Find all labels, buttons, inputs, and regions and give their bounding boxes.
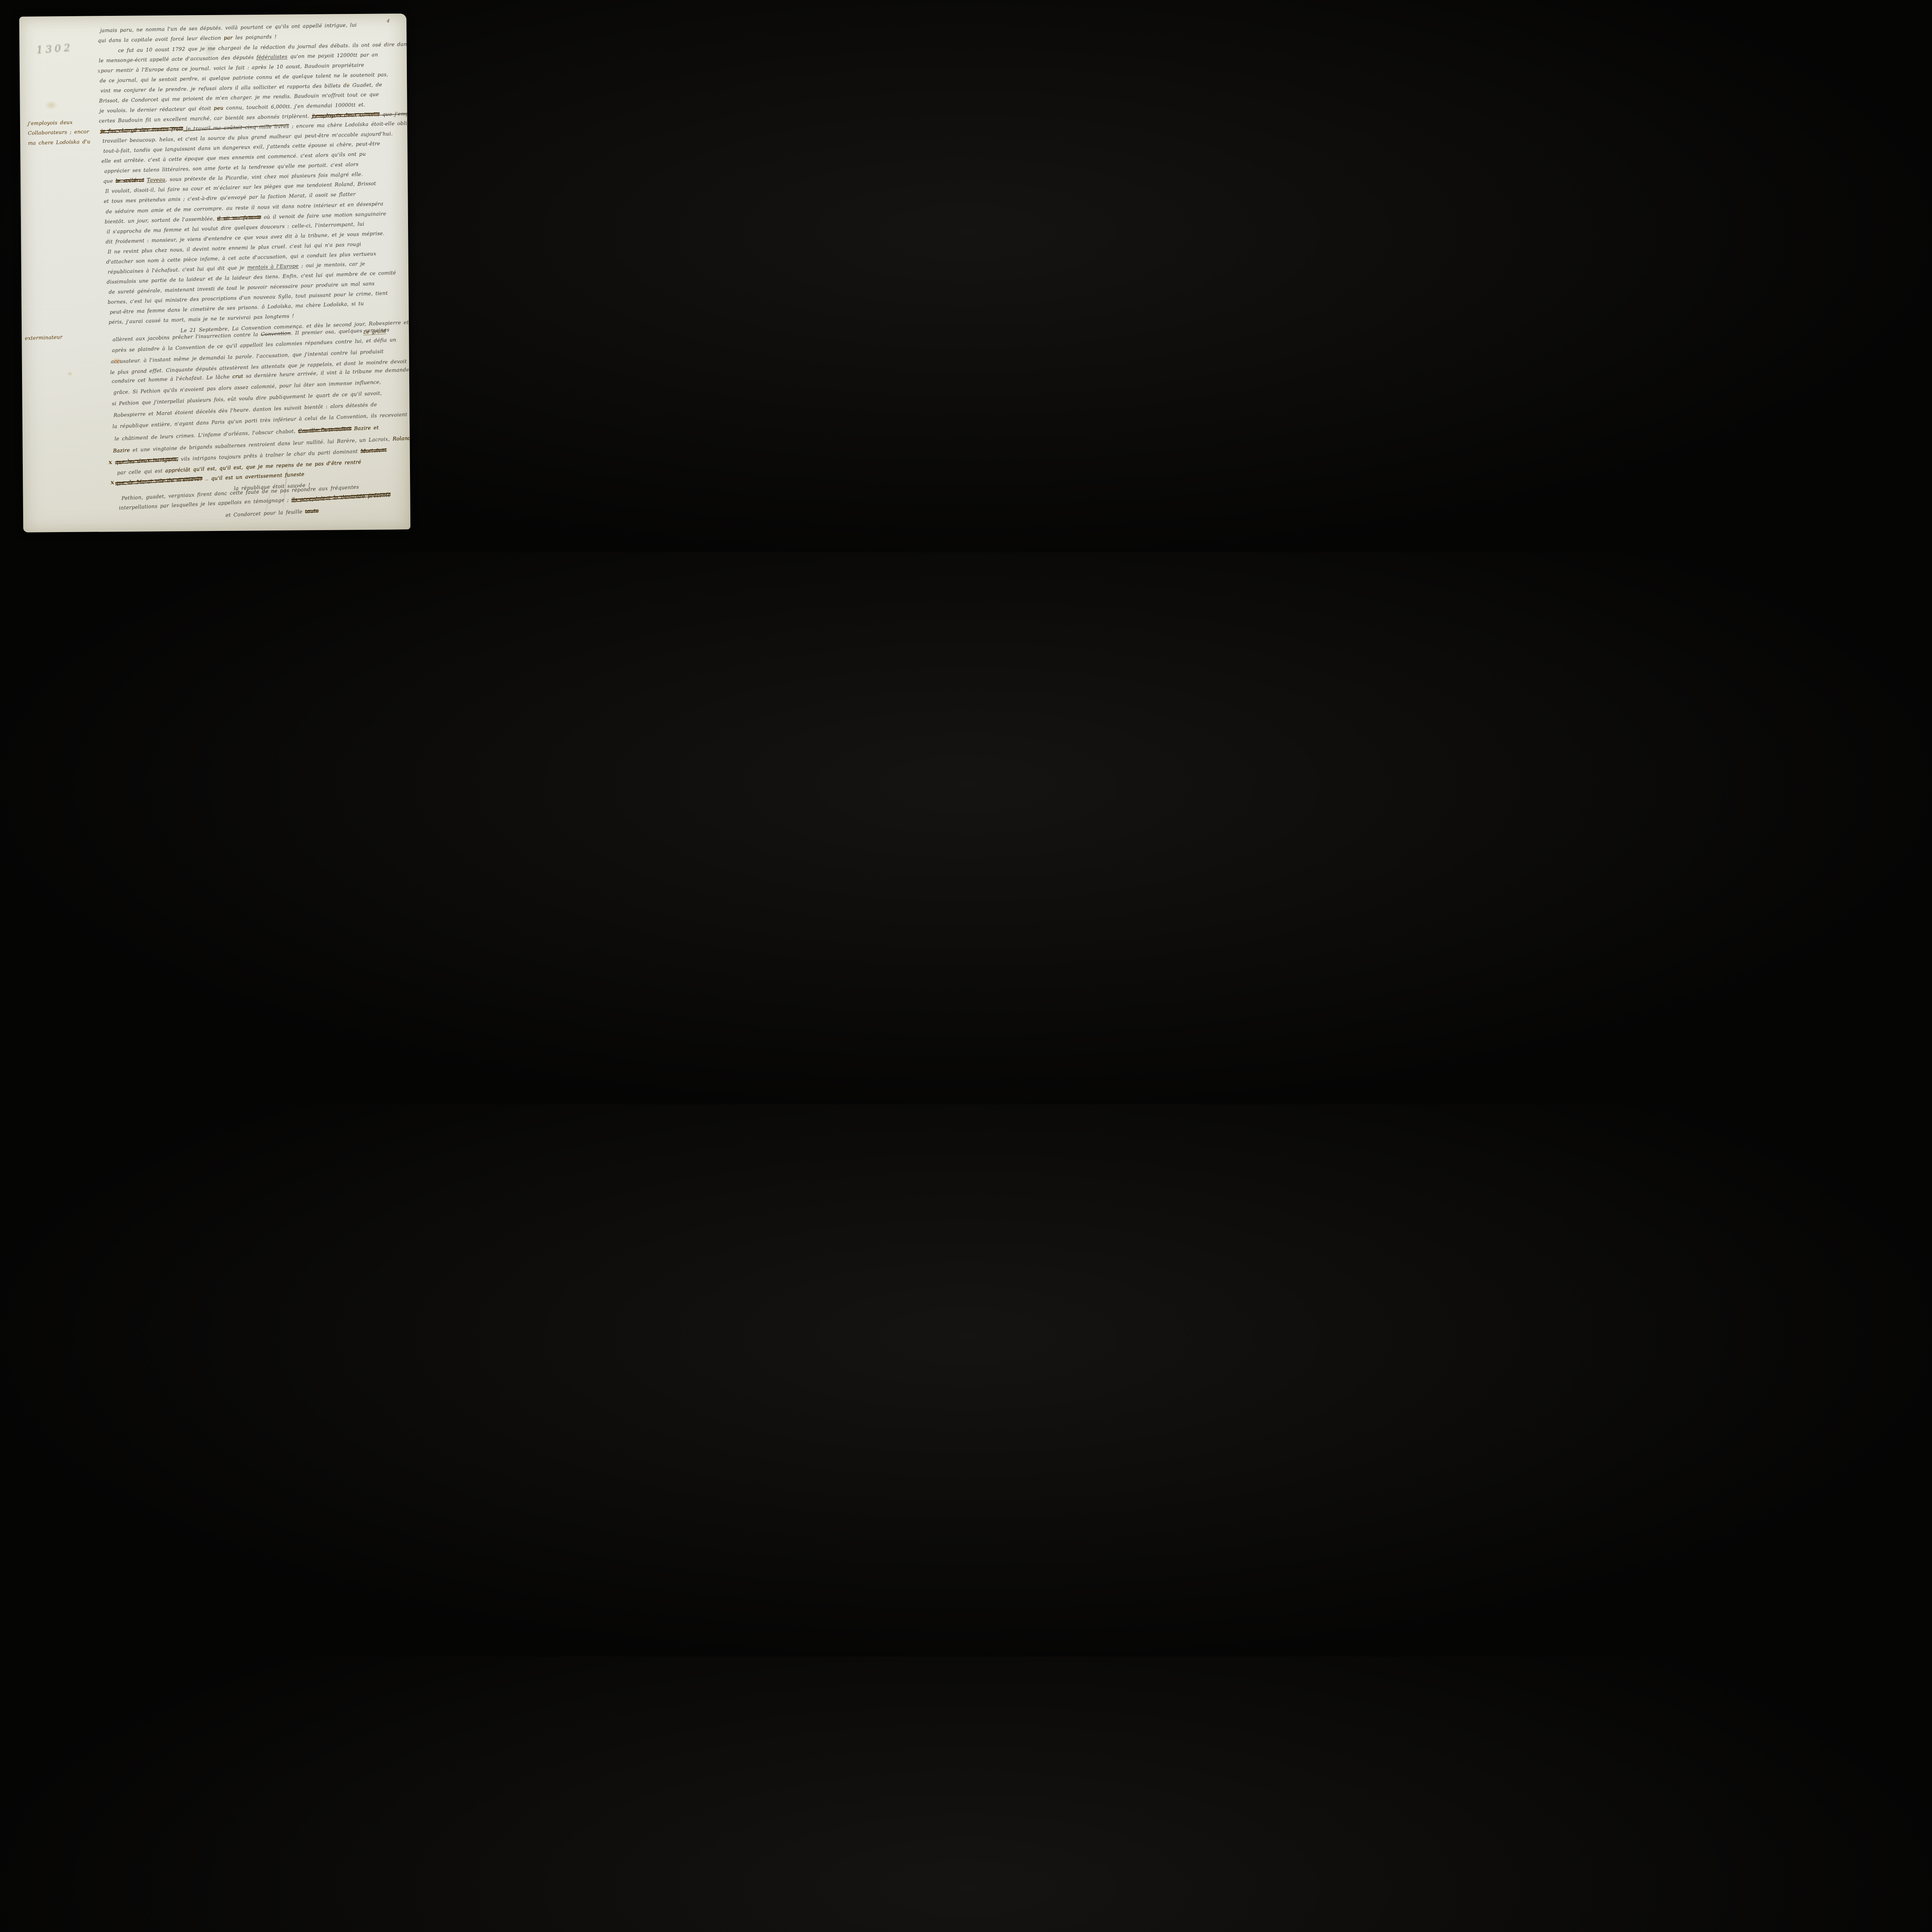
margin-ink: ma chere Lodoïska d'u [28,139,90,146]
struck-text: ils acceptoient la demande présente [291,492,391,503]
foxing-stain [45,101,58,109]
ink-segment: bientôt. un jour, sortant de l'assemblée… [105,216,218,224]
ink-segment: qu'on me payoit 12000tt par an [287,52,378,60]
margin-ink: j'employois deux [28,119,73,126]
struck-text: que de Marat vile de m'enlever [115,476,202,486]
ghost-offset-mark: 1302 [36,43,73,55]
margin-note: j'employois deux [28,120,73,126]
struck-text: Convention [261,330,291,337]
ink-segment: conduire cet homme à l'échafaut. Le lâch… [112,374,233,384]
ink-segment: péris, j'aurai causé ta mort, mais je ne… [109,313,294,325]
struck-text: toute [305,508,319,515]
ink-segment: connu, touchoit 6,000tt. j'en demandai 1… [224,102,366,111]
struck-text: le scélérat [116,177,144,184]
margin-note: Collaborateurs ; encor [28,129,89,136]
ink-segment: Rolandistes ; [390,435,410,442]
ink-segment: , sous prétexte de la Picardie, vint che… [165,172,363,183]
ink-segment: crut [233,373,244,379]
manuscript-line: jamais paru, ne nomma l'un de ses député… [100,22,357,33]
ink-segment: peu [214,105,224,112]
ink-segment: ce fut au 10 aoust 1792 que je me charge… [118,41,410,53]
ink-segment: mentois à l'Europe [247,263,299,270]
ink-segment: qu'il est un avertissement funeste [211,471,304,481]
ink-segment: certes Baudouin fit un excellent marché,… [99,113,312,124]
ink-segment: de ce journal, qui le sentoit perdre, si… [100,72,388,84]
ink-segment: le mensonge-écrit appellé acte d'accusat… [99,54,257,64]
ink-segment: Bazire et [352,425,379,432]
page-number: 4 [387,18,391,24]
margin-note: ma chere Lodoïska d'u [28,139,90,146]
foxing-stain [67,371,73,376]
manuscript-line: péris, j'aurai causé ta mort, mais je ne… [109,313,294,325]
ink-segment: ; encore ma chère Lodoïska étoit-elle ob… [289,120,410,129]
manuscript-line: de ce journal, qui le sentoit perdre, si… [100,72,388,83]
struck-text: que les deux intrigans, [115,456,179,465]
black-backdrop: 41302jamais paru, ne nomma l'un de ses d… [0,0,426,552]
manuscript-line: vint me conjurer de le prendre. je refus… [101,82,383,94]
torn-edge [19,140,23,295]
struck-text: j'employois deux commis [312,112,380,119]
ink-segment: fédéralistes [257,54,287,60]
ink-segment: ; oui je mentois, car je [299,261,365,269]
manuscript-line: et Condorcet pour la feuille toute [226,509,319,518]
ink-segment: et tous mes prétendus amis ; c'est-à-dir… [104,192,356,205]
margin-ink: Collaborateurs ; encor [28,129,89,136]
ink-segment: républicaines à l'échafaut. c'est lui qu… [108,265,247,275]
ink-segment: Bazire [113,447,130,454]
ink-segment: que [103,178,116,184]
ink-segment: par celle qui est [117,468,165,476]
struck-text: je fus chargé des menus frais [101,126,184,134]
manuscript-line: pour mentir à l'Europe dans ce journal. … [101,63,364,73]
insertion-x-mark: x [108,459,112,465]
margin-ink: exterminateur [25,334,63,341]
handwriting-layer: 41302jamais paru, ne nomma l'un de ses d… [19,14,406,17]
struck-text: que j'employois [380,111,410,117]
ink-segment: 4 [387,18,391,24]
ink-segment: jamais paru, ne nomma l'un de ses député… [100,22,357,33]
manuscript-line: qui dans la capitale avoit forcé leur él… [98,34,277,43]
ink-segment: Taveau [147,177,165,183]
struck-text: le travail me coûtoit cinq mille livres [184,124,289,132]
manuscript-line: Brissot, de Condorcet qui me prioient de… [99,92,379,104]
manuscript-line: apprécier ses talens littéraires, son am… [104,162,359,174]
ink-segment: les poignards ! [233,34,277,41]
ink-segment: qui dans la capitale avoit forcé leur él… [98,35,224,44]
ink-segment: par [224,35,233,41]
ink-segment: 1302 [36,42,73,56]
ink-segment: Brissot, de Condorcet qui me prioient de… [99,92,379,104]
manuscript-line: elle est arrêtée. c'est à cette époque q… [102,152,366,164]
manuscript-line: le mensonge-écrit appellé acte d'accusat… [99,52,378,63]
manuscript-line: je voulois. le dernier rédacteur qui éto… [100,102,366,114]
manuscript-page: 41302jamais paru, ne nomma l'un de ses d… [19,14,410,532]
manuscript-line: ce fut au 10 aoust 1792 que je me charge… [118,42,410,53]
margin-word: exterminateur [25,335,63,341]
insertion-x-mark: x [111,479,115,485]
struck-text: Mortoient [361,447,387,454]
ink-segment: et Condorcet pour la feuille [225,509,305,519]
manuscript-line: et tous mes prétendus amis ; c'est-à-dir… [104,192,356,204]
ink-segment: le châtiment de leurs crimes. L'infame d… [115,428,299,442]
ink-segment: où il venoit de faire une motion sanguin… [261,211,386,220]
struck-text: Camille Desmoulins [298,426,352,434]
ink-segment: vint me conjurer de le prendre. je refus… [101,82,383,94]
ink-segment: je voulois. le dernier rédacteur qui éto… [100,105,214,114]
ink-segment: .. [202,476,211,482]
photograph: { "document": { "kind": "handwritten man… [0,0,426,552]
ink-segment: pour mentir à l'Europe dans ce journal. … [101,62,364,74]
struck-text: il vit ma femme [217,214,261,221]
